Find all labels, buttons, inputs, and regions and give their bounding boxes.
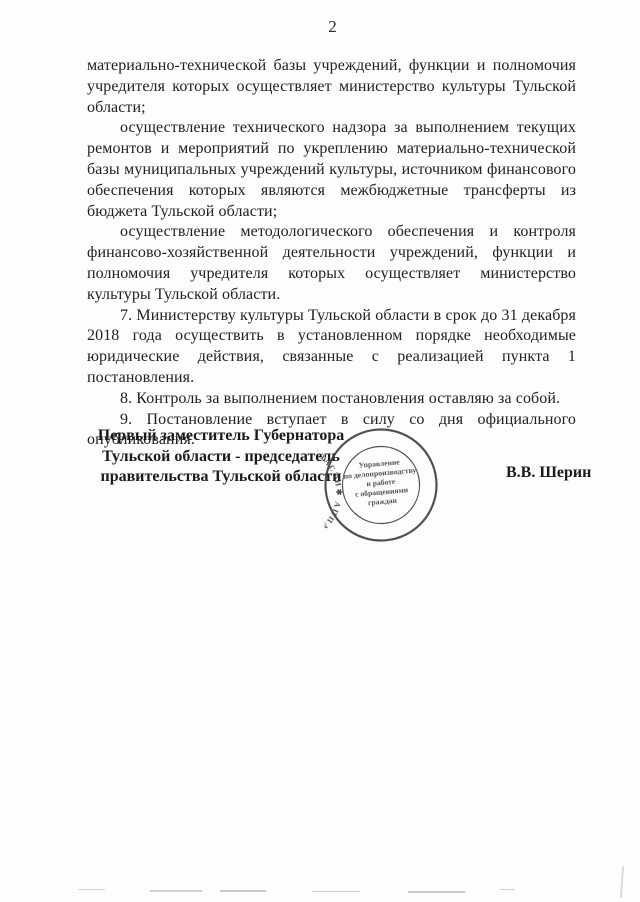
signatory-name: В.В. Шерин <box>506 464 591 482</box>
scan-artifact-dash <box>150 890 202 892</box>
paragraph: 8. Контроль за выполнением постановления… <box>87 389 576 410</box>
signature-title-line: правительства Тульской области <box>97 467 345 488</box>
signature-title-line: Первый заместитель Губернатора <box>97 426 345 447</box>
paragraph: 7. Министерству культуры Тульской област… <box>87 306 576 389</box>
stamp-graphic: ✱ АППАРАТ ПРАВИТЕЛЬСТВА ТУЛЬСКОЙ ОБЛАСТИ… <box>316 420 446 550</box>
scan-artifact-dash <box>220 890 266 892</box>
svg-text:✱ АППАРАТ ПРАВИТЕЛЬСТВА ТУЛЬСК: ✱ АППАРАТ ПРАВИТЕЛЬСТВА ТУЛЬСКОЙ ОБЛАСТИ <box>316 436 348 549</box>
scan-artifact-dash <box>500 889 515 890</box>
scanned-document-page: 2 материально-технической базы учреждени… <box>0 0 640 902</box>
official-round-stamp: ✱ АППАРАТ ПРАВИТЕЛЬСТВА ТУЛЬСКОЙ ОБЛАСТИ… <box>316 420 446 550</box>
paragraph: материально-технической базы учреждений,… <box>87 56 576 118</box>
stamp-center-line: граждан <box>368 496 398 508</box>
stamp-ring-text: ✱ АППАРАТ ПРАВИТЕЛЬСТВА ТУЛЬСКОЙ ОБЛАСТИ <box>316 436 348 549</box>
signature-title-block: Первый заместитель Губернатора Тульской … <box>97 426 345 488</box>
signature-title-line: Тульской области - председатель <box>97 447 345 468</box>
scan-artifact-dash <box>312 891 360 892</box>
scan-artifact-dash <box>408 891 465 893</box>
paragraph: осуществление технического надзора за вы… <box>87 118 576 222</box>
paragraph: осуществление методологического обеспече… <box>87 222 576 305</box>
page-number: 2 <box>88 17 577 37</box>
scan-artifact-dash <box>78 889 105 890</box>
scan-artifact-mark <box>620 866 624 898</box>
document-body: материально-технической базы учреждений,… <box>87 56 576 451</box>
